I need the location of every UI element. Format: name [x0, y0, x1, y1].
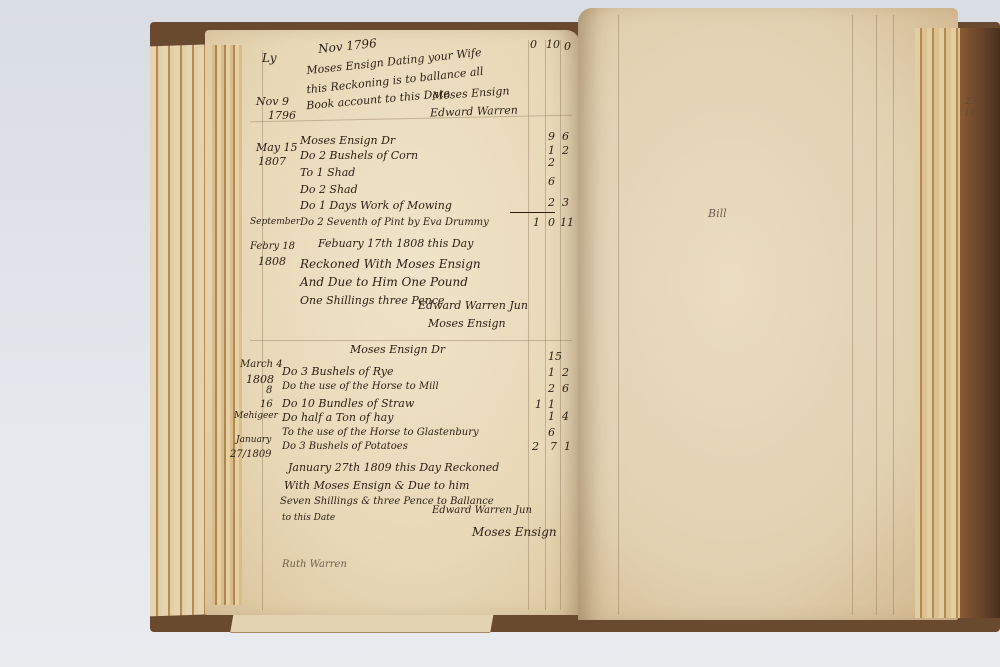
edge-note: 14 — [964, 110, 975, 119]
margin-rule — [262, 50, 263, 610]
margin-date: 1808 — [246, 374, 274, 385]
amount-pounds: 0 — [530, 38, 537, 51]
margin-rule — [618, 15, 619, 615]
line-item: Do 1 Days Work of Mowing — [300, 200, 452, 211]
loose-page-flap — [230, 612, 494, 633]
margin-date: January — [236, 436, 271, 445]
entry-heading: Moses Ensign Dr — [300, 135, 395, 146]
amount-shillings: 1 — [548, 410, 555, 423]
amount-pence: 2 — [548, 156, 555, 169]
page-note: Bill — [708, 208, 727, 219]
signature: Edward Warren — [430, 104, 518, 118]
amount-shillings: 0 — [548, 216, 555, 229]
line-item: Do half a Ton of hay — [282, 412, 393, 423]
column-rule — [893, 15, 894, 615]
amount-pence: 6 — [548, 426, 555, 439]
amount-pence: 6 — [548, 175, 555, 188]
margin-date: May 15 — [256, 142, 298, 153]
amount-pence: 2 — [562, 366, 569, 379]
entry-line: to this Date — [282, 514, 335, 523]
line-item: Do 2 Bushels of Corn — [300, 150, 418, 161]
margin-date: Nov 9 — [256, 96, 289, 107]
amount-pence: 6 — [562, 382, 569, 395]
edge-note: 23 — [965, 98, 976, 107]
line-item: Do the use of the Horse to Mill — [282, 382, 439, 392]
column-rule — [876, 15, 877, 615]
line-item: Do 3 Bushels of Rye — [282, 366, 394, 377]
amount-shillings: 7 — [550, 440, 557, 453]
margin-date: March 4 — [240, 360, 283, 370]
signature: Edward Warren Jun — [418, 300, 528, 311]
amount-pence: 11 — [560, 216, 574, 229]
margin-date: Febry 18 — [250, 242, 295, 252]
line-item: Do 2 Seventh of Pint by Eva Drummy — [300, 218, 489, 228]
entry-line: Reckoned With Moses Ensign — [300, 258, 481, 270]
amount-shillings: 15 — [548, 350, 562, 363]
right-page — [578, 8, 958, 620]
header-mark: Ly — [262, 52, 277, 64]
right-page-edges — [915, 28, 960, 618]
left-page-edges — [212, 45, 242, 605]
footer-name: Ruth Warren — [282, 560, 347, 570]
line-item: To 1 Shad — [300, 167, 355, 178]
entry-line: January 27th 1809 this Day Reckoned — [288, 462, 499, 473]
pence-column-rule — [560, 40, 561, 610]
amount-pence: 4 — [562, 410, 569, 423]
amount-shillings: 1 — [548, 366, 555, 379]
ledger-book: Ly Nov 1796 Moses Ensign Dating your Wif… — [0, 0, 1000, 667]
signature: Edward Warren Jun — [432, 506, 532, 516]
amount-pence: 3 — [562, 196, 569, 209]
entry-divider — [250, 340, 572, 341]
amount-pounds: 2 — [532, 440, 539, 453]
line-item: Do 3 Bushels of Potatoes — [282, 442, 408, 452]
entry-heading: Moses Ensign Dr — [350, 344, 445, 355]
entry-line: And Due to Him One Pound — [300, 276, 468, 288]
margin-date: 1796 — [268, 110, 296, 121]
amount-pence: 2 — [562, 144, 569, 157]
amount-shillings: 2 — [548, 382, 555, 395]
amount-shillings: 2 — [548, 196, 555, 209]
margin-date: 8 — [266, 386, 272, 396]
amount-shillings: 10 — [546, 38, 560, 51]
sum-line — [510, 212, 555, 213]
amount-shillings: 9 — [548, 130, 555, 143]
line-item: To the use of the Horse to Glastenbury — [282, 428, 479, 438]
entry-line: Febuary 17th 1808 this Day — [318, 238, 473, 249]
margin-date: Mehigeer — [234, 412, 278, 421]
amount-pence: 0 — [564, 40, 571, 53]
entry-line: With Moses Ensign & Due to him — [284, 480, 470, 491]
signature: Moses Ensign — [428, 318, 506, 329]
signature: Moses Ensign — [472, 526, 557, 538]
amount-pence: 6 — [562, 130, 569, 143]
margin-date: 27/1809 — [230, 450, 272, 460]
column-rule — [852, 15, 853, 615]
line-item: Do 2 Shad — [300, 184, 358, 195]
margin-date: 1807 — [258, 156, 286, 167]
margin-date: September — [250, 218, 300, 227]
amount-pounds: 1 — [535, 398, 542, 411]
margin-date: 1808 — [258, 256, 286, 267]
margin-date: 16 — [260, 400, 273, 410]
amount-pounds: 1 — [533, 216, 540, 229]
amount-pence: 1 — [564, 440, 571, 453]
line-item: Do 10 Bundles of Straw — [282, 398, 414, 409]
